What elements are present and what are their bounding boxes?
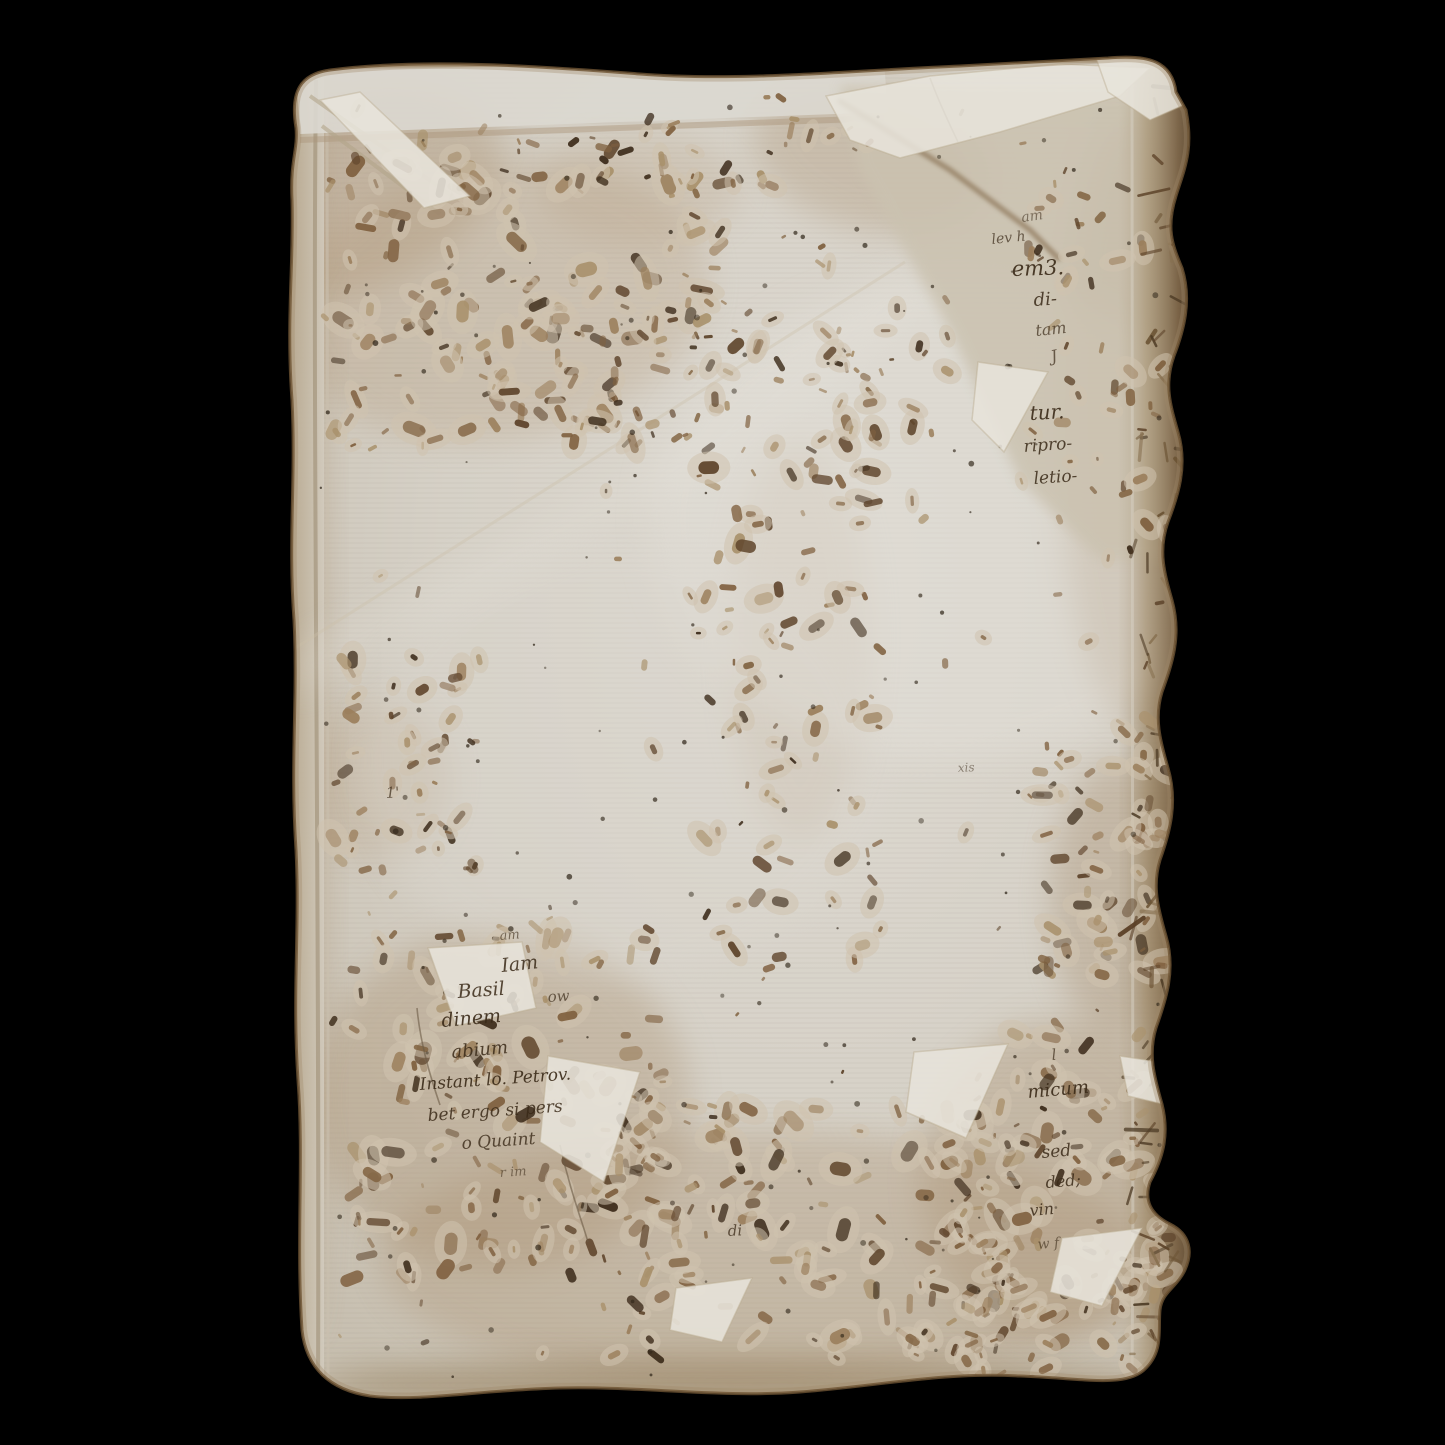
paper-speck <box>585 556 587 558</box>
worm-hole <box>399 1022 407 1035</box>
paper-speck <box>492 1212 497 1217</box>
paper-speck <box>566 874 572 880</box>
ink-fragment: xis <box>957 760 974 775</box>
paper-speck <box>774 933 779 938</box>
worm-hole <box>1129 1136 1136 1140</box>
paper-speck <box>801 235 806 240</box>
worm-hole <box>648 1063 653 1071</box>
paper-speck <box>326 410 330 414</box>
paper-speck <box>840 1334 844 1338</box>
worm-hole <box>456 300 469 323</box>
paper-speck <box>705 492 708 495</box>
worm-hole <box>599 335 606 347</box>
worm-hole <box>942 658 948 669</box>
paper-speck <box>388 638 391 641</box>
paper-speck <box>533 644 535 646</box>
paper-speck <box>842 1043 846 1047</box>
paper-speck <box>595 426 598 429</box>
paper-speck <box>867 862 871 866</box>
paper-speck <box>757 1001 761 1005</box>
paper-speck <box>931 285 934 288</box>
worm-hole <box>1032 791 1053 799</box>
paper-speck <box>694 315 700 321</box>
ink-fragment: Iam <box>499 951 539 977</box>
paper-speck <box>837 789 840 792</box>
paper-speck <box>914 681 918 685</box>
paper-speck <box>1098 108 1102 112</box>
paper-speck <box>823 1042 828 1047</box>
worm-hole <box>711 391 719 407</box>
ink-fragment: am <box>499 927 520 944</box>
worm-hole <box>906 1294 913 1314</box>
worm-hole <box>1015 1075 1020 1085</box>
paper-speck <box>705 1280 708 1283</box>
paper-speck <box>476 759 480 763</box>
paper-speck <box>464 913 468 917</box>
worm-hole <box>770 1256 793 1264</box>
worm-hole <box>366 1218 390 1227</box>
paper-speck <box>864 1158 869 1163</box>
paper-speck <box>809 1206 813 1210</box>
paper-speck <box>1017 729 1020 732</box>
paper-speck <box>912 1037 916 1041</box>
ink-fragment: tam <box>1034 318 1067 340</box>
worm-hole <box>763 95 770 99</box>
ink-fragment: ded; <box>1045 1170 1082 1192</box>
paper-speck <box>689 892 694 897</box>
worm-hole <box>645 1014 664 1023</box>
ink-fragment: vin <box>1029 1199 1055 1220</box>
worm-hole <box>708 265 721 270</box>
worm-hole <box>1161 1233 1176 1242</box>
worm-hole <box>1148 401 1152 410</box>
paper-speck <box>798 1170 801 1173</box>
paper-speck <box>1127 241 1131 245</box>
paper-speck <box>860 1240 866 1246</box>
paper-speck <box>1157 415 1162 420</box>
ink-fragment: 1' <box>385 783 400 802</box>
paper-speck <box>393 1226 398 1231</box>
paper-speck <box>940 610 944 614</box>
paper-speck <box>905 1238 908 1241</box>
worm-hole <box>698 461 719 474</box>
paper-speck <box>670 1201 675 1206</box>
paper-speck <box>953 449 956 452</box>
ink-fragment: am <box>1020 207 1044 226</box>
paper-speck <box>1131 832 1137 838</box>
paper-speck <box>682 740 687 745</box>
paper-speck <box>324 721 328 725</box>
manuscript-photo: Photograph of an antique bound manuscrip… <box>0 0 1445 1445</box>
paper-speck <box>421 290 424 293</box>
paper-speck <box>854 1101 860 1107</box>
paper-speck <box>934 1349 937 1352</box>
paper-speck <box>544 667 546 669</box>
worm-hole <box>719 584 737 591</box>
paper-speck <box>365 283 368 286</box>
paper-speck <box>466 744 469 747</box>
worm-hole <box>1125 388 1135 406</box>
paper-speck <box>836 927 838 929</box>
ink-fragment: r im <box>499 1164 527 1181</box>
paper-speck <box>384 1345 389 1350</box>
paper-speck <box>779 674 782 677</box>
paper-speck <box>691 623 694 626</box>
worm-hole <box>659 1080 666 1083</box>
paper-speck <box>793 231 797 235</box>
paper-speck <box>451 1375 454 1378</box>
paper-speck <box>653 797 658 802</box>
ink-fragment: Basil <box>456 978 506 1003</box>
worm-hole <box>463 866 470 870</box>
worm-hole <box>513 1246 516 1253</box>
paper-speck <box>607 510 610 513</box>
paper-speck <box>862 243 867 248</box>
paper-speck <box>762 283 767 288</box>
worm-hole <box>1084 886 1091 898</box>
worm-hole <box>894 303 900 313</box>
paper-speck <box>337 1214 342 1219</box>
ink-fragment: ripro- <box>1023 434 1073 457</box>
worm-hole <box>709 1115 718 1120</box>
worm-hole <box>561 433 573 437</box>
worm-hole <box>724 401 730 411</box>
paper-speck <box>986 1175 990 1179</box>
paper-speck <box>629 318 634 323</box>
ink-fragment: tur. <box>1029 399 1065 425</box>
worm-hole <box>621 1032 631 1039</box>
worm-hole <box>1094 936 1114 948</box>
paper-speck <box>493 265 496 268</box>
paper-speck <box>586 1036 588 1038</box>
paper-speck <box>903 310 905 312</box>
paper-speck <box>1005 892 1008 895</box>
paper-speck <box>1055 1206 1058 1209</box>
paper-speck <box>373 340 379 346</box>
paper-speck <box>769 1184 774 1189</box>
worm-hole <box>358 1219 361 1225</box>
paper-speck <box>951 1199 954 1202</box>
paper-speck <box>828 904 831 907</box>
worm-hole <box>394 374 402 377</box>
fore-edge-streak <box>1149 966 1154 988</box>
paper-speck <box>571 274 576 279</box>
worm-hole <box>881 329 891 332</box>
paper-speck <box>782 807 788 813</box>
paper-speck <box>625 336 629 340</box>
paper-speck <box>421 966 424 969</box>
paper-speck <box>434 311 438 315</box>
paper-speck <box>631 1300 635 1304</box>
paper-speck <box>918 818 924 824</box>
worm-hole <box>551 313 570 325</box>
worm-hole <box>1044 741 1049 750</box>
paper-speck <box>535 1244 541 1250</box>
worm-hole <box>615 1153 623 1176</box>
paper-speck <box>681 1102 687 1108</box>
worm-hole <box>873 1281 880 1299</box>
paper-speck <box>465 461 467 463</box>
paper-speck <box>968 461 974 467</box>
paper-speck <box>1029 1072 1032 1075</box>
paper-speck <box>388 1254 393 1259</box>
paper-speck <box>460 292 465 297</box>
paper-speck <box>403 795 408 800</box>
paper-speck <box>817 628 820 631</box>
paper-speck <box>593 996 598 1001</box>
paper-speck <box>498 114 502 118</box>
paper-speck <box>650 1373 653 1376</box>
paper-speck <box>1072 168 1076 172</box>
photo-stage: Photograph of an antique bound manuscrip… <box>0 0 1445 1445</box>
paper-speck <box>731 388 736 393</box>
fore-edge-streak <box>1146 552 1149 573</box>
paper-speck <box>1001 853 1005 857</box>
ink-fragment: ow <box>547 986 570 1005</box>
paper-speck <box>442 939 446 943</box>
paper-speck <box>601 817 605 821</box>
worm-hole <box>690 345 698 349</box>
paper-speck <box>884 677 887 680</box>
worm-hole <box>771 741 777 744</box>
paper-speck <box>727 105 733 111</box>
paper-speck <box>969 511 971 513</box>
paper-speck <box>393 828 399 834</box>
paper-speck <box>831 1080 834 1083</box>
worm-hole <box>605 489 608 494</box>
paper-speck <box>937 155 941 159</box>
paper-speck <box>1013 1055 1016 1058</box>
paper-speck <box>1037 541 1040 544</box>
paper-speck <box>529 262 531 264</box>
paper-speck <box>1042 138 1046 142</box>
paper-speck <box>1113 739 1117 743</box>
worm-hole <box>348 324 352 327</box>
paper-speck <box>431 1157 437 1163</box>
paper-speck <box>854 227 859 232</box>
paper-speck <box>320 487 322 489</box>
paper-speck <box>648 1349 653 1354</box>
paper-speck <box>978 1217 980 1219</box>
paper-speck <box>573 900 578 905</box>
paper-speck <box>426 1051 429 1054</box>
ink-fragment: sed <box>1041 1140 1072 1163</box>
worm-hole <box>408 760 416 765</box>
paper-speck <box>669 230 673 234</box>
worm-hole <box>404 737 410 747</box>
paper-speck <box>443 825 449 831</box>
worm-hole <box>784 142 788 147</box>
paper-speck <box>742 353 747 358</box>
paper-speck <box>620 323 622 325</box>
paper-speck <box>488 1327 494 1333</box>
ink-fragment: di <box>727 1221 743 1240</box>
worm-hole <box>733 659 736 666</box>
ink-fragment: letio- <box>1033 466 1078 489</box>
paper-speck <box>918 594 922 598</box>
paper-speck <box>732 1263 735 1266</box>
paper-speck <box>992 1258 994 1260</box>
paper-speck <box>564 175 569 180</box>
paper-speck <box>422 139 425 142</box>
paper-speck <box>923 1195 928 1200</box>
paper-speck <box>786 1309 791 1314</box>
worm-hole <box>1105 763 1121 770</box>
paper-speck <box>747 945 751 949</box>
paper-speck <box>630 430 636 436</box>
fore-edge-streak <box>1129 1353 1136 1356</box>
page-surface-group: amlev hem3.di-tamJtur.ripro-letio-xis1'a… <box>184 41 1250 1411</box>
worm-hole <box>712 1205 715 1213</box>
fore-edge-streak <box>1156 749 1159 767</box>
paper-speck <box>1016 790 1020 794</box>
worm-hole <box>614 557 622 562</box>
ink-fragment: em3. <box>1011 255 1064 281</box>
paper-speck <box>699 289 702 292</box>
paper-speck <box>1064 1049 1068 1053</box>
paper-speck <box>416 708 421 713</box>
paper-speck <box>720 994 724 998</box>
worm-hole <box>910 496 914 507</box>
paper-speck <box>978 1290 981 1293</box>
paper-speck <box>633 474 636 477</box>
worm-hole <box>656 352 665 357</box>
paper-speck <box>1062 1130 1067 1135</box>
worm-hole <box>498 388 520 396</box>
paper-speck <box>421 369 426 374</box>
worm-hole <box>425 1205 441 1214</box>
paper-speck <box>811 704 816 709</box>
paper-speck <box>598 730 600 732</box>
paper-speck <box>537 1198 540 1201</box>
paper-speck <box>722 736 725 739</box>
paper-speck <box>826 362 829 365</box>
paper-speck <box>1066 954 1071 959</box>
paper-speck <box>608 480 611 483</box>
paper-speck <box>474 333 478 337</box>
paper-speck <box>516 851 519 854</box>
paper-speck <box>942 1249 945 1252</box>
ink-fragment: di- <box>1033 288 1058 311</box>
paper-speck <box>785 963 790 968</box>
paper-speck <box>384 697 389 702</box>
worm-hole <box>696 632 701 635</box>
paper-speck <box>365 292 369 296</box>
paper-speck <box>1152 292 1158 298</box>
